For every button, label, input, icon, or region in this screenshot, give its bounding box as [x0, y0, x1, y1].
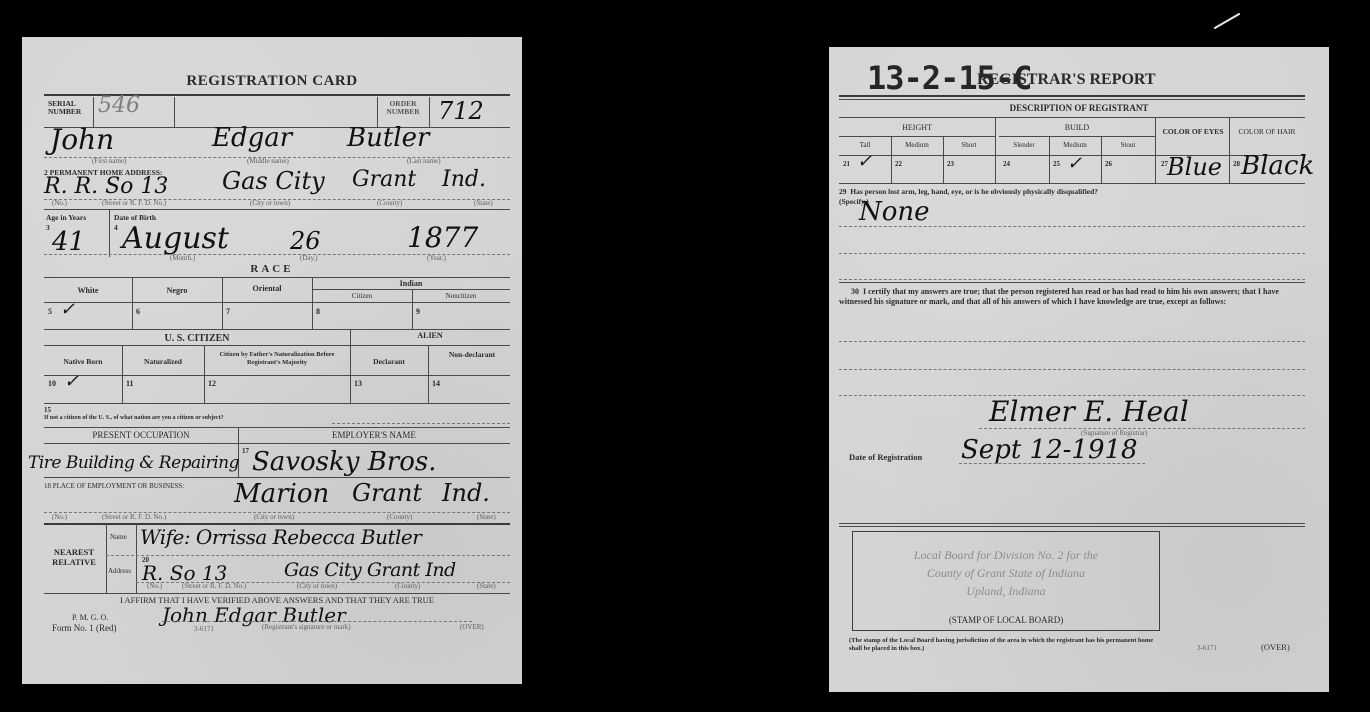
registrar-signature: Elmer E. Heal: [989, 395, 1189, 428]
height-tall-label: Tall: [839, 141, 891, 149]
divider: [839, 523, 1305, 524]
divider: [44, 443, 510, 444]
divider: [44, 593, 510, 594]
disqualification-answer: None: [859, 197, 930, 227]
divider: [839, 341, 1305, 342]
field-number: 22: [895, 160, 902, 168]
divider: [995, 117, 996, 183]
birth-year: 1877: [407, 221, 478, 254]
last-name-caption: (Last name): [407, 157, 441, 165]
hair-color-value: Black: [1241, 151, 1314, 181]
field-number: 18: [44, 482, 51, 490]
order-number-label: ORDER NUMBER: [378, 100, 428, 116]
date-of-registration-value: Sept 12-1918: [961, 435, 1138, 465]
race-indian-citizen-label: Citizen: [312, 292, 412, 300]
signature-caption: (Registrant's signature or mark): [262, 623, 351, 631]
divider: [999, 136, 1155, 137]
nation-question: If not a citizen of the U. S., of what n…: [44, 415, 224, 421]
divider: [332, 423, 510, 424]
caption-no: (No.): [52, 513, 67, 521]
divider: [1155, 117, 1156, 183]
caption-county: (County): [387, 513, 412, 521]
checkmark-icon: ✓: [64, 371, 79, 392]
caption-street: (Street or R. F. D. No.): [102, 199, 166, 207]
stamp-caption: (STAMP OF LOCAL BOARD): [853, 615, 1159, 625]
field-number: 29: [839, 187, 847, 196]
field-number: 7: [226, 307, 230, 316]
relative-address-label: Address: [108, 567, 131, 575]
form-agency: P. M. G. O.: [72, 613, 108, 622]
divider: [839, 526, 1305, 527]
eye-color-label: COLOR OF EYES: [1157, 127, 1229, 136]
registration-card-back: 13-2-15-C REGISTRAR'S REPORT DESCRIPTION…: [829, 47, 1329, 692]
caption-state: (State): [474, 199, 493, 207]
first-name: John: [50, 123, 114, 156]
field-number: 5: [48, 307, 52, 316]
divider: [44, 329, 510, 330]
local-board-stamp-box: Local Board for Division No. 2 for the C…: [852, 531, 1160, 631]
caption-year: (Year.): [427, 254, 446, 262]
question-30-text: I certify that my answers are true; that…: [839, 287, 1279, 306]
checkmark-icon: ✓: [60, 299, 75, 320]
place-employment-label-text: PLACE OF EMPLOYMENT OR BUSINESS:: [53, 482, 184, 490]
first-name-caption: (First name): [92, 157, 126, 165]
registrar-report-title: REGISTRAR'S REPORT: [977, 71, 1156, 89]
field-number: 8: [316, 307, 320, 316]
occupation-label: PRESENT OCCUPATION: [44, 430, 238, 440]
divider: [122, 345, 123, 403]
divider: [44, 277, 510, 278]
caption-city: (City or town): [254, 513, 294, 521]
employment-city: Marion: [234, 479, 329, 509]
home-state: Ind.: [442, 167, 486, 192]
field-number: 14: [432, 379, 440, 388]
question-29-text: Has person lost arm, leg, hand, eye, or …: [850, 187, 1098, 196]
occupation-value: Tire Building & Repairing: [28, 453, 239, 473]
last-name: Butler: [347, 123, 429, 153]
alien-title: ALIEN: [350, 331, 510, 340]
race-indian-label: Indian: [312, 279, 510, 288]
divider: [204, 345, 205, 403]
field-number: 26: [1105, 160, 1112, 168]
caption-month: (Month.): [170, 254, 195, 262]
divider: [132, 277, 133, 329]
age-label: Age in Years: [46, 213, 86, 222]
home-city: Gas City: [222, 167, 325, 195]
relative-name-value: Wife: Orrissa Rebecca Butler: [140, 525, 421, 549]
naturalized-label: Naturalized: [122, 357, 204, 366]
age-field-number: 3: [46, 223, 50, 232]
middle-name: Edgar: [212, 123, 292, 153]
build-slender-label: Slender: [999, 141, 1049, 149]
height-medium-label: Medium: [891, 141, 943, 149]
checkmark-icon: ✓: [1067, 153, 1082, 174]
eye-color-value: Blue: [1167, 153, 1222, 181]
field-number: 28: [1233, 160, 1240, 168]
divider: [44, 477, 510, 478]
caption-state: (State): [477, 582, 496, 590]
divider: [174, 97, 175, 127]
registration-card-front: REGISTRATION CARD SERIAL NUMBER 546 ORDE…: [22, 37, 522, 684]
non-declarant-label: Non-declarant: [442, 350, 502, 359]
age-value: 41: [52, 227, 85, 257]
height-short-label: Short: [943, 141, 995, 149]
place-employment-label: 18 PLACE OF EMPLOYMENT OR BUSINESS:: [44, 482, 184, 490]
employer-label: EMPLOYER'S NAME: [238, 430, 510, 440]
local-board-stamp: Local Board for Division No. 2 for the C…: [853, 546, 1159, 600]
divider: [106, 523, 107, 593]
build-title: BUILD: [999, 123, 1155, 132]
field-number: 25: [1053, 160, 1060, 168]
field-number: 10: [48, 379, 56, 388]
scan-artifact: [1214, 13, 1241, 30]
divider: [839, 369, 1305, 370]
question-29: 29 Has person lost arm, leg, hand, eye, …: [839, 187, 1098, 196]
serial-number-value: 546: [98, 93, 140, 118]
race-oriental-label: Oriental: [222, 284, 312, 293]
divider: [44, 403, 510, 404]
native-born-label: Native Born: [44, 357, 122, 366]
field-number: 23: [947, 160, 954, 168]
middle-name-caption: (Middle name): [247, 157, 289, 165]
divider: [839, 253, 1305, 254]
divider: [959, 463, 1145, 464]
home-street: R. R. So 13: [44, 174, 168, 199]
relative-address-rest: Gas City Grant Ind: [284, 559, 456, 581]
over-label: (OVER): [1261, 642, 1290, 652]
field-number: 6: [136, 307, 140, 316]
serial-number-label: SERIAL NUMBER: [48, 100, 92, 116]
height-title: HEIGHT: [839, 123, 995, 132]
field-number: 21: [843, 160, 850, 168]
divider: [312, 289, 510, 290]
field-number: 12: [208, 379, 216, 388]
divider: [839, 226, 1305, 227]
field-number: 9: [416, 307, 420, 316]
build-medium-label: Medium: [1049, 141, 1101, 149]
divider: [839, 95, 1305, 97]
home-county: Grant: [352, 167, 416, 192]
caption-no: (No.): [52, 199, 67, 207]
employment-county: Grant: [352, 479, 422, 507]
field-number: 24: [1003, 160, 1010, 168]
caption-city: (City or town): [297, 582, 337, 590]
birth-field-number: 4: [114, 223, 118, 232]
stamp-note: (The stamp of the Local Board having jur…: [849, 637, 1159, 653]
divider: [428, 345, 429, 403]
field-number: 15: [44, 406, 51, 414]
checkmark-icon: ✓: [857, 151, 872, 172]
caption-state: (State): [477, 513, 496, 521]
divider: [162, 621, 472, 622]
employer-value: Savosky Bros.: [252, 447, 437, 477]
caption-city: (City or town): [250, 199, 290, 207]
divider: [44, 209, 510, 210]
card-title: REGISTRATION CARD: [22, 73, 522, 90]
field-number: 30: [851, 287, 859, 296]
order-number-value: 712: [438, 97, 484, 125]
divider: [839, 279, 1305, 280]
field-number: 11: [126, 379, 134, 388]
stamp-line: County of Grant State of Indiana: [853, 564, 1159, 582]
divider: [839, 183, 1305, 184]
date-of-registration-label: Date of Registration: [849, 452, 922, 462]
form-number: Form No. 1 (Red): [52, 623, 117, 633]
birth-day: 26: [290, 227, 321, 255]
divider: [44, 345, 510, 346]
build-stout-label: Stout: [1101, 141, 1155, 149]
hair-color-label: COLOR OF HAIR: [1229, 127, 1305, 136]
description-title: DESCRIPTION OF REGISTRANT: [829, 103, 1329, 113]
caption-county: (County): [377, 199, 402, 207]
divider: [350, 329, 351, 403]
divider: [44, 427, 510, 428]
us-citizen-title: U. S. CITIZEN: [44, 333, 350, 344]
question-30: 30 I certify that my answers are true; t…: [839, 287, 1305, 307]
stamp-line: Upland, Indiana: [853, 582, 1159, 600]
over-label: (OVER): [460, 623, 484, 631]
race-indian-noncitizen-label: Noncitizen: [412, 292, 510, 300]
caption-street: (Street or R. F. D. No.): [182, 582, 246, 590]
divider: [839, 99, 1305, 100]
race-negro-label: Negro: [132, 286, 222, 295]
caption-day: (Day.): [300, 254, 318, 262]
birth-month: August: [122, 221, 229, 256]
nearest-relative-label: NEAREST RELATIVE: [44, 547, 104, 567]
divider: [44, 302, 510, 303]
relative-name-label: Name: [110, 533, 127, 541]
caption-county: (County): [395, 582, 420, 590]
divider: [106, 555, 510, 556]
divider: [44, 375, 510, 376]
form-code: 3-6171: [1197, 644, 1217, 652]
divider: [839, 117, 1305, 118]
race-white-label: White: [44, 286, 132, 295]
field-number: 13: [354, 379, 362, 388]
field-number: 17: [242, 447, 249, 455]
divider: [839, 136, 995, 137]
declarant-label: Declarant: [350, 357, 428, 366]
citizen-by-father-label: Citizen by Father's Naturalization Befor…: [206, 351, 348, 367]
race-title: RACE: [22, 263, 522, 275]
stamp-line: Local Board for Division No. 2 for the: [853, 546, 1159, 564]
employment-state: Ind.: [442, 479, 490, 507]
divider: [839, 282, 1305, 283]
caption-street: (Street or R. F. D. No.): [102, 513, 166, 521]
caption-no: (No.): [147, 582, 162, 590]
divider: [109, 209, 110, 257]
